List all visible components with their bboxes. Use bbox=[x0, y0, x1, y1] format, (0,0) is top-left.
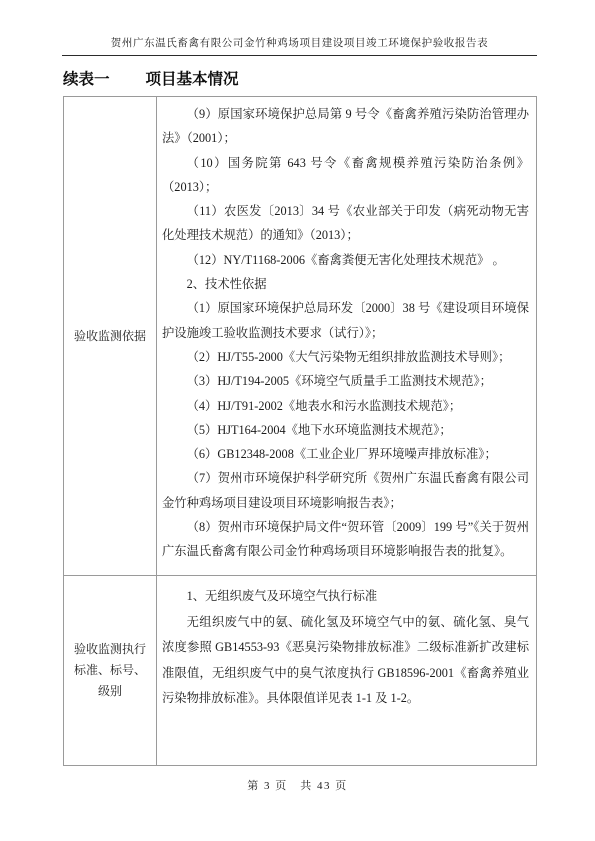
paragraph: （5）HJT164-2004《地下水环境监测技术规范》； bbox=[162, 418, 529, 442]
document-page: 贺州广东温氏畜禽有限公司金竹种鸡场项目建设项目竣工环境保护验收报告表 续表一 项… bbox=[0, 0, 595, 841]
cell-monitoring-basis: （9）原国家环境保护总局第 9 号令《畜禽养殖污染防治管理办法》（2001）； … bbox=[157, 97, 537, 576]
paragraph: （11）农医发〔2013〕34 号《农业部关于印发（病死动物无害化处理技术规范）… bbox=[162, 199, 529, 248]
paragraph: （2）HJ/T55-2000《大气污染物无组织排放监测技术导则》； bbox=[162, 345, 529, 369]
basic-info-table: 验收监测依据 （9）原国家环境保护总局第 9 号令《畜禽养殖污染防治管理办法》（… bbox=[63, 96, 537, 766]
page-number-footer: 第 3 页 共 43 页 bbox=[0, 777, 595, 793]
paragraph: （9）原国家环境保护总局第 9 号令《畜禽养殖污染防治管理办法》（2001）； bbox=[162, 102, 529, 151]
section-title: 项目基本情况 bbox=[146, 67, 239, 89]
paragraph: （3）HJ/T194-2005《环境空气质量手工监测技术规范》； bbox=[162, 369, 529, 393]
paragraph: 无组织废气中的氨、硫化氢及环境空气中的氨、硫化氢、臭气浓度参照 GB14553-… bbox=[162, 610, 529, 712]
paragraph: （6）GB12348-2008《工业企业厂界环境噪声排放标准》； bbox=[162, 442, 529, 466]
paragraph: （7）贺州市环境保护科学研究所《贺州广东温氏畜禽有限公司金竹种鸡场项目建设项目环… bbox=[162, 466, 529, 515]
section-heading: 续表一 项目基本情况 bbox=[63, 67, 239, 89]
paragraph: （8）贺州市环境保护局文件“贺环管〔2009〕199 号”《关于贺州广东温氏畜禽… bbox=[162, 515, 529, 564]
table-row-standards: 验收监测执行标准、标号、级别 1、无组织废气及环境空气执行标准 无组织废气中的氨… bbox=[64, 576, 537, 766]
row-header-standards: 验收监测执行标准、标号、级别 bbox=[64, 576, 157, 766]
table-row-monitoring-basis: 验收监测依据 （9）原国家环境保护总局第 9 号令《畜禽养殖污染防治管理办法》（… bbox=[64, 97, 537, 576]
document-header-title: 贺州广东温氏畜禽有限公司金竹种鸡场项目建设项目竣工环境保护验收报告表 bbox=[62, 35, 537, 56]
paragraph: （1）原国家环境保护总局环发〔2000〕38 号《建设项目环境保护设施竣工验收监… bbox=[162, 296, 529, 345]
row-header-monitoring-basis: 验收监测依据 bbox=[64, 97, 157, 576]
paragraph: （4）HJ/T91-2002《地表水和污水监测技术规范》； bbox=[162, 394, 529, 418]
section-label: 续表一 bbox=[63, 67, 110, 89]
paragraph: （12）NY/T1168-2006《畜禽粪便无害化处理技术规范》 。 bbox=[162, 248, 529, 272]
paragraph: （10）国务院第 643 号令《畜禽规模养殖污染防治条例》（2013）； bbox=[162, 151, 529, 200]
cell-standards: 1、无组织废气及环境空气执行标准 无组织废气中的氨、硫化氢及环境空气中的氨、硫化… bbox=[157, 576, 537, 766]
paragraph: 1、无组织废气及环境空气执行标准 bbox=[162, 584, 529, 610]
paragraph: 2、技术性依据 bbox=[162, 272, 529, 296]
